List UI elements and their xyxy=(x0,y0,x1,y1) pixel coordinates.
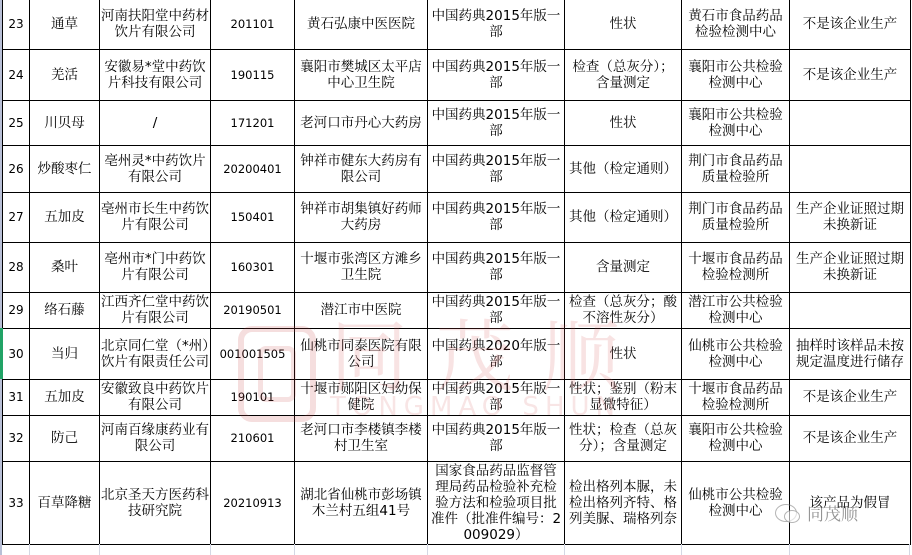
table-row: 28 桑叶 亳州市*门中药饮片有限公司 160301 十堰市张湾区方滩乡卫生院 … xyxy=(3,242,911,292)
cell-manufacturer[interactable]: 安徽致良中药饮片有限公司 xyxy=(100,379,211,415)
gridline xyxy=(210,544,211,555)
gridline xyxy=(681,544,682,555)
cell-batch[interactable]: 171201 xyxy=(211,100,295,145)
gridline xyxy=(29,544,30,555)
cell-name[interactable]: 五加皮 xyxy=(30,379,100,415)
table-row: 24 羌活 安徽易*堂中药饮片科技有限公司 190115 襄阳市樊城区太平店中心… xyxy=(3,49,911,100)
cell-failed-item[interactable]: 检查（总灰分）；含量测定 xyxy=(565,49,682,100)
cell-standard[interactable]: 中国药典2015年版一部 xyxy=(428,242,565,292)
cell-manufacturer[interactable]: 北京圣天方医药科技研究院 xyxy=(100,461,211,544)
cell-remark[interactable]: 抽样时该样品未按规定温度进行储存 xyxy=(790,328,911,379)
cell-name[interactable]: 羌活 xyxy=(30,49,100,100)
cell-sampled-unit[interactable]: 湖北省仙桃市彭场镇木兰村五组41号 xyxy=(295,461,428,544)
cell-lab[interactable]: 十堰市食品药品检验检测所 xyxy=(682,379,790,415)
cell-standard[interactable]: 中国药典2015年版一部 xyxy=(428,0,565,49)
cell-failed-item[interactable]: 性状 xyxy=(565,0,682,49)
cell-batch[interactable]: 001001505 xyxy=(211,328,295,379)
cell-name[interactable]: 络石藤 xyxy=(30,292,100,328)
cell-failed-item[interactable]: 检出格列本脲，未检出格列齐特、格列美脲、瑞格列奈 xyxy=(565,461,682,544)
cell-standard[interactable]: 中国药典2015年版一部 xyxy=(428,379,565,415)
cell-batch[interactable]: 20200401 xyxy=(211,145,295,192)
gridline xyxy=(564,544,565,555)
cell-lab[interactable]: 襄阳市公共检验检测中心 xyxy=(682,415,790,461)
cell-batch[interactable]: 160301 xyxy=(211,242,295,292)
cell-failed-item[interactable]: 其他（检定通则） xyxy=(565,192,682,242)
cell-manufacturer[interactable]: 河南百缘康药业有限公司 xyxy=(100,415,211,461)
cell-remark[interactable]: 生产企业证照过期未换新证 xyxy=(790,192,911,242)
gridline xyxy=(789,544,790,555)
cell-failed-item[interactable]: 含量测定 xyxy=(565,242,682,292)
cell-batch[interactable]: 201101 xyxy=(211,0,295,49)
cell-manufacturer[interactable]: / xyxy=(100,100,211,145)
cell-no[interactable]: 30 xyxy=(3,328,30,379)
cell-remark[interactable]: 生产企业证照过期未换新证 xyxy=(790,242,911,292)
table-row: 25 川贝母 / 171201 老河口市丹心大药房 中国药典2015年版一部 性… xyxy=(3,100,911,145)
cell-name[interactable]: 百草降糖 xyxy=(30,461,100,544)
table-row: 29 络石藤 江西齐仁堂中药饮片有限公司 20190501 潜江市中医院 中国药… xyxy=(3,292,911,328)
cell-sampled-unit[interactable]: 老河口市李楼镇李楼村卫生室 xyxy=(295,415,428,461)
gridline xyxy=(99,544,100,555)
cell-failed-item[interactable]: 性状 xyxy=(565,328,682,379)
inspection-results-table: 23 通草 河南扶阳堂中药材饮片有限公司 201101 黄石弘康中医医院 中国药… xyxy=(2,0,911,545)
cell-manufacturer[interactable]: 江西齐仁堂中药饮片有限公司 xyxy=(100,292,211,328)
cell-sampled-unit[interactable]: 潜江市中医院 xyxy=(295,292,428,328)
cell-sampled-unit[interactable]: 老河口市丹心大药房 xyxy=(295,100,428,145)
cell-remark[interactable]: 不是该企业生产 xyxy=(790,379,911,415)
cell-batch[interactable]: 190115 xyxy=(211,49,295,100)
empty-grid-row xyxy=(2,544,912,555)
cell-sampled-unit[interactable]: 黄石弘康中医医院 xyxy=(295,0,428,49)
cell-failed-item[interactable]: 性状；检查（总灰分）；含量测定 xyxy=(565,415,682,461)
spreadsheet-view: 23 通草 河南扶阳堂中药材饮片有限公司 201101 黄石弘康中医医院 中国药… xyxy=(0,0,912,555)
cell-failed-item[interactable]: 检查（总灰分；酸不溶性灰分） xyxy=(565,292,682,328)
cell-name[interactable]: 炒酸枣仁 xyxy=(30,145,100,192)
cell-sampled-unit[interactable]: 钟祥市健东大药房有限公司 xyxy=(295,145,428,192)
cell-lab[interactable]: 仙桃市公共检验检测中心 xyxy=(682,461,790,544)
cell-no[interactable]: 23 xyxy=(3,0,30,49)
gridline xyxy=(427,544,428,555)
cell-standard[interactable]: 中国药典2015年版一部 xyxy=(428,49,565,100)
cell-remark[interactable]: 不是该企业生产 xyxy=(790,415,911,461)
table-row: 26 炒酸枣仁 亳州灵*中药饮片有限公司 20200401 钟祥市健东大药房有限… xyxy=(3,145,911,192)
table-row: 23 通草 河南扶阳堂中药材饮片有限公司 201101 黄石弘康中医医院 中国药… xyxy=(3,0,911,49)
cell-remark[interactable] xyxy=(790,292,911,328)
cell-batch[interactable]: 150401 xyxy=(211,192,295,242)
cell-remark[interactable]: 该产品为假冒 xyxy=(790,461,911,544)
cell-sampled-unit[interactable]: 十堰市张湾区方滩乡卫生院 xyxy=(295,242,428,292)
table-row: 31 五加皮 安徽致良中药饮片有限公司 190101 十堰市郧阳区妇幼保健院 中… xyxy=(3,379,911,415)
table-row: 32 防己 河南百缘康药业有限公司 210601 老河口市李楼镇李楼村卫生室 中… xyxy=(3,415,911,461)
cell-lab[interactable]: 十堰市食品药品检验检测所 xyxy=(682,242,790,292)
cell-batch[interactable]: 20210913 xyxy=(211,461,295,544)
cell-name[interactable]: 防己 xyxy=(30,415,100,461)
cell-sampled-unit[interactable]: 仙桃市同泰医院有限公司 xyxy=(295,328,428,379)
cell-no[interactable]: 33 xyxy=(3,461,30,544)
cell-no[interactable]: 29 xyxy=(3,292,30,328)
cell-name[interactable]: 桑叶 xyxy=(30,242,100,292)
cell-failed-item[interactable]: 性状 xyxy=(565,100,682,145)
cell-no[interactable]: 32 xyxy=(3,415,30,461)
cell-no[interactable]: 28 xyxy=(3,242,30,292)
row-selection-marker xyxy=(0,328,3,379)
cell-standard[interactable]: 中国药典2020年版一部 xyxy=(428,328,565,379)
cell-batch[interactable]: 210601 xyxy=(211,415,295,461)
cell-standard[interactable]: 中国药典2015年版一部 xyxy=(428,145,565,192)
cell-manufacturer[interactable]: 北京同仁堂（*州）饮片有限责任公司 xyxy=(100,328,211,379)
table-row: 33 百草降糖 北京圣天方医药科技研究院 20210913 湖北省仙桃市彭场镇木… xyxy=(3,461,911,544)
cell-no[interactable]: 27 xyxy=(3,192,30,242)
cell-lab[interactable]: 仙桃市公共检验检测中心 xyxy=(682,328,790,379)
cell-standard[interactable]: 中国药典2015年版一部 xyxy=(428,415,565,461)
cell-no[interactable]: 31 xyxy=(3,379,30,415)
table-row: 27 五加皮 亳州市长生中药饮片有限公司 150401 钟祥市胡集镇好药师大药房… xyxy=(3,192,911,242)
cell-sampled-unit[interactable]: 钟祥市胡集镇好药师大药房 xyxy=(295,192,428,242)
cell-no[interactable]: 25 xyxy=(3,100,30,145)
cell-standard[interactable]: 中国药典2015年版一部 xyxy=(428,192,565,242)
cell-name[interactable]: 川贝母 xyxy=(30,100,100,145)
gridline xyxy=(909,544,910,555)
cell-remark[interactable]: 不是该企业生产 xyxy=(790,49,911,100)
cell-batch[interactable]: 20190501 xyxy=(211,292,295,328)
cell-standard[interactable]: 国家食品药品监督管理局药品检验补充检验方法和检验项目批准件（批准件编号：2009… xyxy=(428,461,565,544)
cell-sampled-unit[interactable]: 襄阳市樊城区太平店中心卫生院 xyxy=(295,49,428,100)
cell-failed-item[interactable]: 性状；鉴别（粉末显微特征） xyxy=(565,379,682,415)
cell-no[interactable]: 26 xyxy=(3,145,30,192)
cell-lab[interactable]: 襄阳市公共检验检测中心 xyxy=(682,49,790,100)
cell-lab[interactable]: 潜江市公共检验检测中心 xyxy=(682,292,790,328)
cell-manufacturer[interactable]: 安徽易*堂中药饮片科技有限公司 xyxy=(100,49,211,100)
cell-lab[interactable]: 荆门市食品药品质量检验所 xyxy=(682,145,790,192)
cell-standard[interactable]: 中国药典2015年版一部 xyxy=(428,292,565,328)
cell-no[interactable]: 24 xyxy=(3,49,30,100)
cell-lab[interactable]: 襄阳市公共检验检测中心 xyxy=(682,100,790,145)
cell-sampled-unit[interactable]: 十堰市郧阳区妇幼保健院 xyxy=(295,379,428,415)
cell-manufacturer[interactable]: 河南扶阳堂中药材饮片有限公司 xyxy=(100,0,211,49)
cell-remark[interactable] xyxy=(790,145,911,192)
cell-failed-item[interactable]: 其他（检定通则） xyxy=(565,145,682,192)
gridline xyxy=(294,544,295,555)
cell-manufacturer[interactable]: 亳州灵*中药饮片有限公司 xyxy=(100,145,211,192)
cell-remark[interactable]: 不是该企业生产 xyxy=(790,0,911,49)
cell-remark[interactable] xyxy=(790,100,911,145)
cell-lab[interactable]: 黄石市食品药品检验检测中心 xyxy=(682,0,790,49)
cell-name[interactable]: 当归 xyxy=(30,328,100,379)
cell-standard[interactable]: 中国药典2015年版一部 xyxy=(428,100,565,145)
cell-manufacturer[interactable]: 亳州市*门中药饮片有限公司 xyxy=(100,242,211,292)
cell-name[interactable]: 通草 xyxy=(30,0,100,49)
table-row: 30 当归 北京同仁堂（*州）饮片有限责任公司 001001505 仙桃市同泰医… xyxy=(3,328,911,379)
cell-batch[interactable]: 190101 xyxy=(211,379,295,415)
cell-manufacturer[interactable]: 亳州市长生中药饮片有限公司 xyxy=(100,192,211,242)
cell-lab[interactable]: 荆门市食品药品质量检验所 xyxy=(682,192,790,242)
cell-name[interactable]: 五加皮 xyxy=(30,192,100,242)
